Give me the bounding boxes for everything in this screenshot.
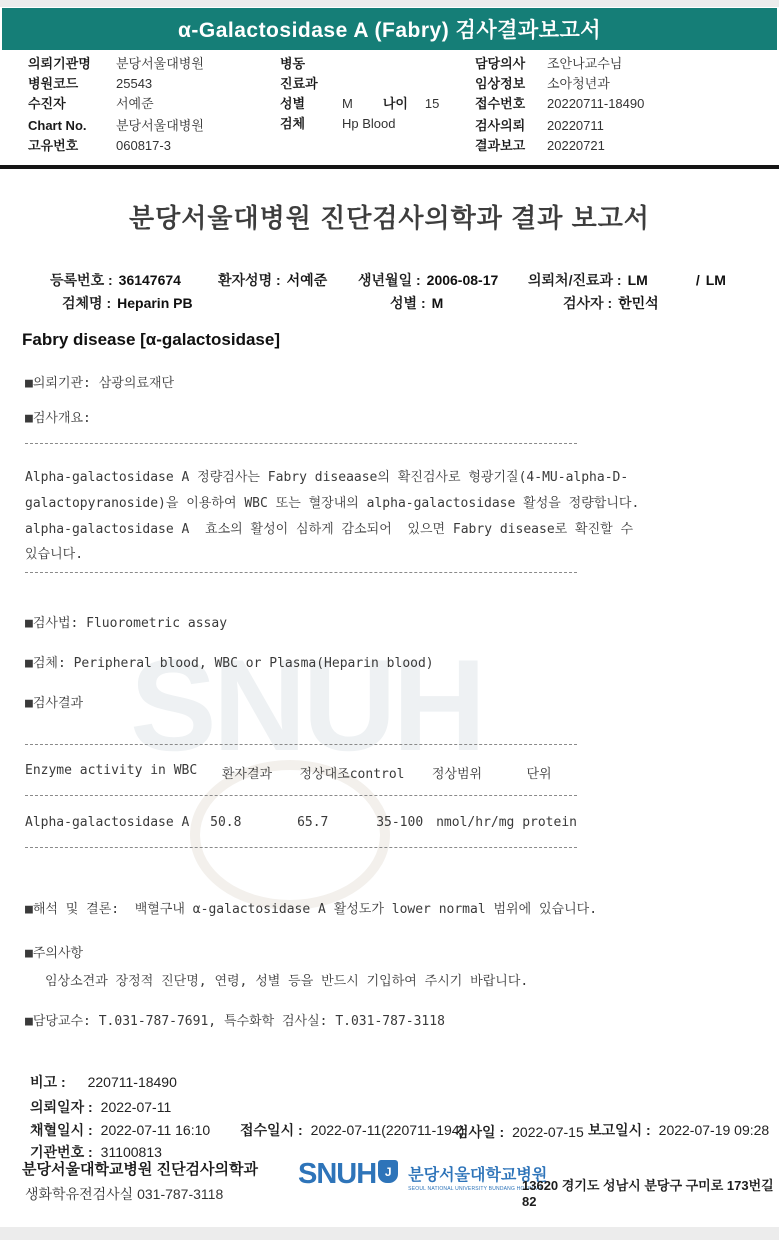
field-label: 진료과 — [280, 76, 342, 92]
field-label: 성별 — [280, 96, 342, 112]
field-label: 접수번호 — [475, 96, 547, 112]
dashed-divider — [25, 744, 577, 745]
patient-sex: 성별 :M — [390, 293, 443, 313]
snuh-shield-icon: J — [378, 1160, 398, 1183]
control-result: 65.7 — [262, 815, 363, 830]
field-label: 결과보고 — [475, 138, 547, 154]
test-section-title: Fabry disease [α-galactosidase] — [22, 330, 280, 350]
patient-name: 환자성명 :서예준 — [218, 270, 327, 290]
note-row: 비고 :220711-18490 — [30, 1072, 177, 1092]
method-line: ■검사법: Fluorometric assay — [25, 612, 227, 631]
normal-range: 35-100 — [363, 815, 436, 830]
report-title: α-Galactosidase A (Fabry) 검사결과보고서 — [178, 14, 601, 44]
order-info-middle: 병동 진료과 성별M나이15 검체Hp Blood — [280, 56, 439, 136]
order-info-left: 의뢰기관명분당서울대병원 병원코드25543 수진자서예준 Chart No.분… — [28, 56, 204, 158]
field-label: 고유번호 — [28, 138, 116, 154]
examiner: 검사자 :한민석 — [563, 293, 659, 313]
field-label: Chart No. — [28, 118, 116, 134]
field-value: 25543 — [116, 76, 152, 92]
caution-label: ■주의사항 — [25, 942, 83, 961]
col-header: 정상대조control — [291, 763, 413, 782]
field-value: 분당서울대병원 — [116, 56, 204, 72]
snuh-logo-text: SNUH — [298, 1158, 376, 1191]
overview-line-4: 있습니다. — [25, 543, 83, 562]
col-header: Enzyme activity in WBC — [25, 763, 203, 782]
field-value: 20220711-18490 — [547, 96, 644, 112]
field-value: 20220721 — [547, 138, 605, 154]
interpretation-line: ■해석 및 결론: 백혈구내 α-galactosidase A 활성도가 lo… — [25, 898, 597, 917]
col-header: 정상범위 — [413, 763, 501, 782]
patient-result: 50.8 — [189, 815, 262, 830]
field-label: 의뢰기관명 — [28, 56, 116, 72]
col-header: 단위 — [501, 763, 577, 782]
field-label: 병원코드 — [28, 76, 116, 92]
hospital-address: 13620 경기도 성남시 분당구 구미로 173번길 82 — [522, 1175, 779, 1209]
result-table-header: Enzyme activity in WBC 환자결과 정상대조control … — [25, 763, 577, 782]
age-value: 15 — [425, 96, 439, 112]
agency-line: ■의뢰기관: 삼광의료재단 — [25, 372, 174, 391]
field-value: 서예준 — [116, 96, 154, 112]
field-label: 임상정보 — [475, 76, 547, 92]
field-value: 20220711 — [547, 118, 604, 134]
contact-line: ■담당교수: T.031-787-7691, 특수화학 검사실: T.031-7… — [25, 1010, 445, 1029]
field-label: 병동 — [280, 56, 342, 72]
request-date-row: 의뢰일자 :2022-07-11 — [30, 1097, 171, 1117]
footer-lab-phone: 생화학유전검사실 031-787-3118 — [25, 1184, 223, 1204]
analyte-name: Alpha-galactosidase A — [25, 815, 189, 830]
overview-label: ■검사개요: — [25, 407, 91, 426]
result-label: ■검사결과 — [25, 692, 83, 711]
field-value: 소아청년과 — [547, 76, 610, 92]
field-label: 검사의뢰 — [475, 118, 547, 134]
order-info-right: 담당의사조안나교수님 임상정보소아청년과 접수번호20220711-18490 … — [475, 56, 644, 158]
field-value: Hp Blood — [342, 116, 395, 132]
snuh-logo: SNUH J 분당서울대학교병원 SEOUL NATIONAL UNIVERSI… — [298, 1158, 547, 1192]
field-value: 조안나교수님 — [547, 56, 622, 72]
result-table-row: Alpha-galactosidase A 50.8 65.7 35-100 n… — [25, 815, 577, 830]
field-value: 060817-3 — [116, 138, 171, 154]
dashed-divider — [25, 847, 577, 848]
patient-reg-no: 등록번호 :36147674 — [50, 270, 181, 290]
dashed-divider — [25, 572, 577, 573]
unit: nmol/hr/mg protein — [436, 815, 577, 830]
report-date: 보고일시 :2022-07-19 09:28 — [588, 1120, 769, 1140]
page-title: 분당서울대병원 진단검사의학과 결과 보고서 — [0, 198, 779, 235]
patient-specimen: 검체명 :Heparin PB — [62, 293, 193, 313]
dashed-divider — [25, 795, 577, 796]
bottom-gray-strip — [0, 1227, 779, 1240]
stamp-watermark — [190, 760, 390, 910]
overview-line-2: galactopyranoside)을 이용하여 WBC 또는 혈장내의 alp… — [25, 492, 639, 511]
field-label: 검체 — [280, 116, 342, 132]
specimen-line: ■검체: Peripheral blood, WBC or Plasma(Hep… — [25, 652, 434, 671]
order-info-block: 의뢰기관명분당서울대병원 병원코드25543 수진자서예준 Chart No.분… — [0, 56, 779, 164]
field-label: 담당의사 — [475, 56, 547, 72]
section-divider-rule — [0, 165, 779, 169]
age-label: 나이 — [383, 96, 425, 112]
snuh-watermark: SNUH — [130, 630, 690, 760]
overview-line-1: Alpha-galactosidase A 정량검사는 Fabry diseaa… — [25, 466, 628, 485]
test-date: 검사일 :2022-07-15 — [455, 1122, 584, 1142]
caution-text: 임상소견과 장정적 진단명, 연령, 성별 등을 반드시 기입하여 주시기 바랍… — [45, 970, 528, 989]
receipt-date: 접수일시 :2022-07-11(220711-194) — [240, 1120, 464, 1140]
dashed-divider — [25, 443, 577, 444]
col-header: 환자결과 — [203, 763, 291, 782]
field-value: M — [342, 96, 353, 112]
report-title-bar: α-Galactosidase A (Fabry) 검사결과보고서 — [2, 8, 777, 50]
field-value: 분당서울대병원 — [116, 118, 204, 134]
footer-department: 분당서울대학교병원 진단검사의학과 — [22, 1158, 258, 1179]
overview-line-3: alpha-galactosidase A 효소의 활성이 심하게 감소되어 있… — [25, 518, 633, 537]
patient-birth: 생년월일 :2006-08-17 — [358, 270, 498, 290]
patient-dept: 의뢰처/진료과 :LM/LM — [528, 270, 726, 290]
draw-date: 채혈일시 :2022-07-11 16:10 — [30, 1120, 210, 1140]
field-label: 수진자 — [28, 96, 116, 112]
lab-report-page: SNUH α-Galactosidase A (Fabry) 검사결과보고서 의… — [0, 0, 779, 1240]
top-gray-strip — [0, 0, 779, 7]
